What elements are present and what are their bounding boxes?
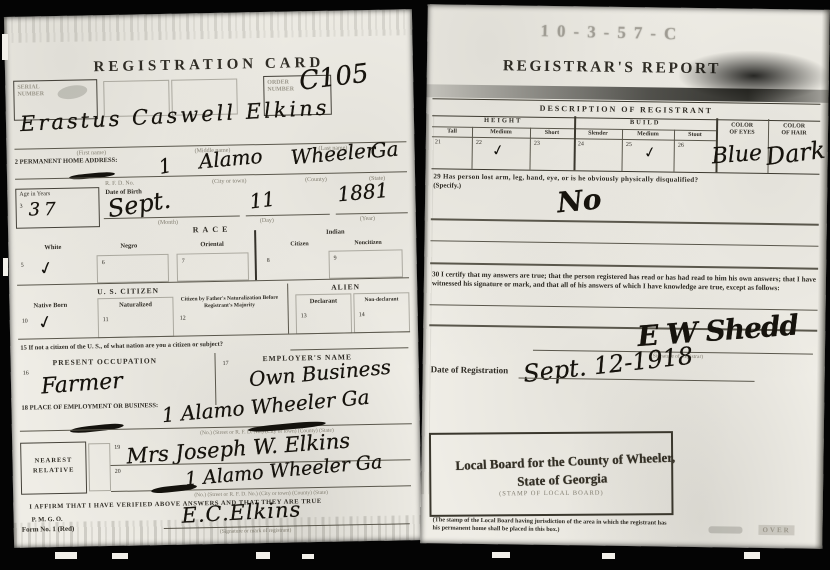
col-line	[673, 130, 675, 172]
race-no-noncitizen: 9	[334, 256, 337, 262]
citizen-header: U. S. CITIZEN	[97, 286, 159, 296]
col-line	[573, 116, 575, 170]
over-label: OVER	[758, 525, 794, 536]
q29-line2: (Specify.)	[433, 181, 461, 189]
film-mark	[3, 258, 8, 276]
citizen-no-father: 12	[180, 316, 186, 322]
top-stamp-number: 10-3-57-C	[487, 20, 737, 46]
citizen-bottom-line	[18, 331, 410, 340]
slender-label: Slender	[574, 130, 622, 137]
eyes-header-line2: OF EYES	[729, 129, 754, 135]
q29-line1: 29 Has person lost arm, leg, hand, eye, …	[433, 172, 698, 184]
race-no-oriental: 7	[182, 259, 185, 265]
occupation-no: 16	[23, 371, 29, 377]
address-city: Alamo	[198, 144, 264, 174]
age-box: Age in Years 3 37	[15, 187, 100, 229]
ruled-line	[431, 218, 819, 225]
dob-underline-day	[246, 214, 330, 217]
scan-noise-bottom	[14, 515, 422, 548]
caption-county: (County)	[305, 177, 327, 183]
race-negro-cell: 6	[97, 254, 170, 283]
dob-underline-year	[336, 212, 408, 214]
eyes-header: COLOR OF EYES	[716, 122, 768, 137]
film-mark	[112, 553, 128, 559]
race-noncitizen-cell: 9	[328, 249, 403, 278]
nondeclarant-cell: Non-declarant 14	[353, 292, 410, 333]
line15-text: 15 If not a citizen of the U. S., of wha…	[20, 341, 223, 352]
address-label: 2 PERMANENT HOME ADDRESS:	[15, 157, 118, 166]
declarant-cell: Declarant 13	[295, 293, 352, 334]
q29-answer: No	[556, 182, 603, 219]
no-26: 26	[678, 143, 684, 149]
alien-header: ALIEN	[331, 282, 360, 292]
alien-no-declarant: 13	[301, 313, 307, 319]
build-header: BUILD	[574, 118, 716, 127]
date-of-registration-label: Date of Registration	[431, 364, 509, 375]
race-divider	[254, 230, 257, 280]
place-label: 18 PLACE OF EMPLOYMENT OR BUSINESS:	[21, 402, 158, 412]
description-table: HEIGHT BUILD COLOR OF EYES COLOR OF HAIR…	[431, 114, 820, 174]
race-negro-label: Negro	[120, 242, 137, 249]
declarant-label: Declarant	[296, 297, 350, 305]
no-21: 21	[435, 139, 441, 145]
height-medium-check: ✓	[490, 140, 506, 160]
occupation-header: PRESENT OCCUPATION	[52, 356, 157, 367]
hair-value: Dark	[764, 136, 827, 171]
native-born-label: Native Born	[33, 302, 67, 310]
age-item-no: 3	[20, 204, 23, 210]
build-medium-check: ✓	[642, 142, 658, 162]
address-state: Ga	[370, 136, 400, 162]
registrars-report-card: 10-3-57-C REGISTRAR'S REPORT DESCRIPTION…	[420, 4, 829, 549]
eyes-header-line1: COLOR	[731, 122, 753, 128]
no-24: 24	[578, 141, 584, 147]
col-line	[621, 129, 623, 171]
serial-number-label: SERIAL NUMBER	[17, 84, 57, 99]
relative-addr-no: 20	[115, 469, 121, 475]
col-line	[471, 127, 473, 169]
film-mark	[492, 552, 510, 558]
col-line	[529, 128, 531, 170]
alien-no-nondeclarant: 14	[359, 312, 365, 318]
nearest-relative-box: NEAREST RELATIVE	[20, 441, 87, 494]
scan-smudge	[708, 526, 742, 533]
race-noncitizen-label: Noncitizen	[354, 240, 381, 247]
place-value: 1 Alamo Wheeler Ga	[161, 385, 371, 427]
ruled-line	[430, 262, 818, 269]
naturalized-cell: Naturalized 11	[97, 297, 174, 338]
height-header: HEIGHT	[432, 116, 574, 125]
race-no-negro: 6	[102, 260, 105, 266]
pen-stroke	[69, 171, 115, 180]
film-mark	[2, 34, 8, 60]
hair-header: COLOR OF HAIR	[768, 123, 820, 138]
citizen-no-native: 10	[22, 319, 28, 325]
film-mark	[744, 552, 760, 559]
dob-day: 11	[248, 187, 276, 214]
height-medium-label: Medium	[472, 129, 530, 136]
no-22: 22	[476, 140, 482, 146]
film-mark	[602, 553, 615, 559]
occupation-divider	[214, 353, 216, 405]
race-no-citizen: 8	[267, 258, 270, 264]
tall-label: Tall	[432, 128, 472, 135]
scan-noise-top	[4, 9, 412, 43]
citizen-no-naturalized: 11	[103, 317, 109, 323]
no-25: 25	[626, 142, 632, 148]
stamp-box-caption: (STAMP OF LOCAL BOARD)	[451, 489, 651, 497]
occupation-value: Farmer	[40, 369, 123, 400]
stout-label: Stout	[674, 132, 716, 139]
age-value: 37	[28, 199, 59, 221]
age-label: Age in Years	[19, 191, 50, 198]
film-mark	[302, 554, 314, 559]
caption-first-name: (First name)	[77, 150, 107, 157]
hair-header-line1: COLOR	[783, 123, 805, 129]
caption-city: (City or town)	[212, 178, 246, 185]
race-no-white: 5	[21, 263, 24, 269]
line15-underline	[290, 347, 408, 350]
eyes-value: Blue	[711, 141, 763, 170]
race-white-label: White	[44, 244, 61, 251]
race-citizen-label: Citizen	[290, 241, 308, 247]
father-naturalization-label: Citizen by Father's Naturalization Befor…	[175, 295, 283, 310]
race-indian-label: Indian	[326, 228, 345, 235]
dob-year: 1881	[336, 178, 389, 206]
employer-no: 17	[223, 361, 229, 367]
race-white-check: ✓	[36, 257, 56, 281]
hair-header-line2: OF HAIR	[781, 130, 806, 136]
ruled-line	[430, 304, 818, 310]
no-23: 23	[534, 141, 540, 147]
native-born-check: ✓	[35, 311, 55, 335]
ruled-line	[430, 240, 818, 246]
build-medium-label: Medium	[622, 131, 674, 138]
film-mark	[256, 552, 270, 559]
race-oriental-label: Oriental	[200, 241, 224, 248]
nondeclarant-label: Non-declarant	[354, 296, 408, 303]
stamp-footnote: (The stamp of the Local Board having jur…	[432, 516, 670, 534]
relative-blank-cell	[88, 443, 111, 491]
citizen-alien-divider	[287, 284, 289, 334]
relative-name-no: 19	[114, 445, 120, 451]
q30-text: 30 I certify that my answers are true; t…	[432, 270, 816, 293]
race-oriental-cell: 7	[177, 252, 250, 281]
caption-rfd: R. F. D. No.	[105, 180, 134, 187]
naturalized-label: Naturalized	[98, 301, 172, 309]
short-label: Short	[530, 130, 574, 137]
registration-card: REGISTRATION CARD SERIAL NUMBER ORDER NU…	[4, 9, 422, 548]
date-of-registration-value: Sept. 12-1918	[522, 342, 695, 388]
film-mark	[55, 552, 77, 559]
nearest-relative-label-2: RELATIVE	[22, 466, 86, 474]
nearest-relative-label-1: NEAREST	[21, 456, 85, 464]
